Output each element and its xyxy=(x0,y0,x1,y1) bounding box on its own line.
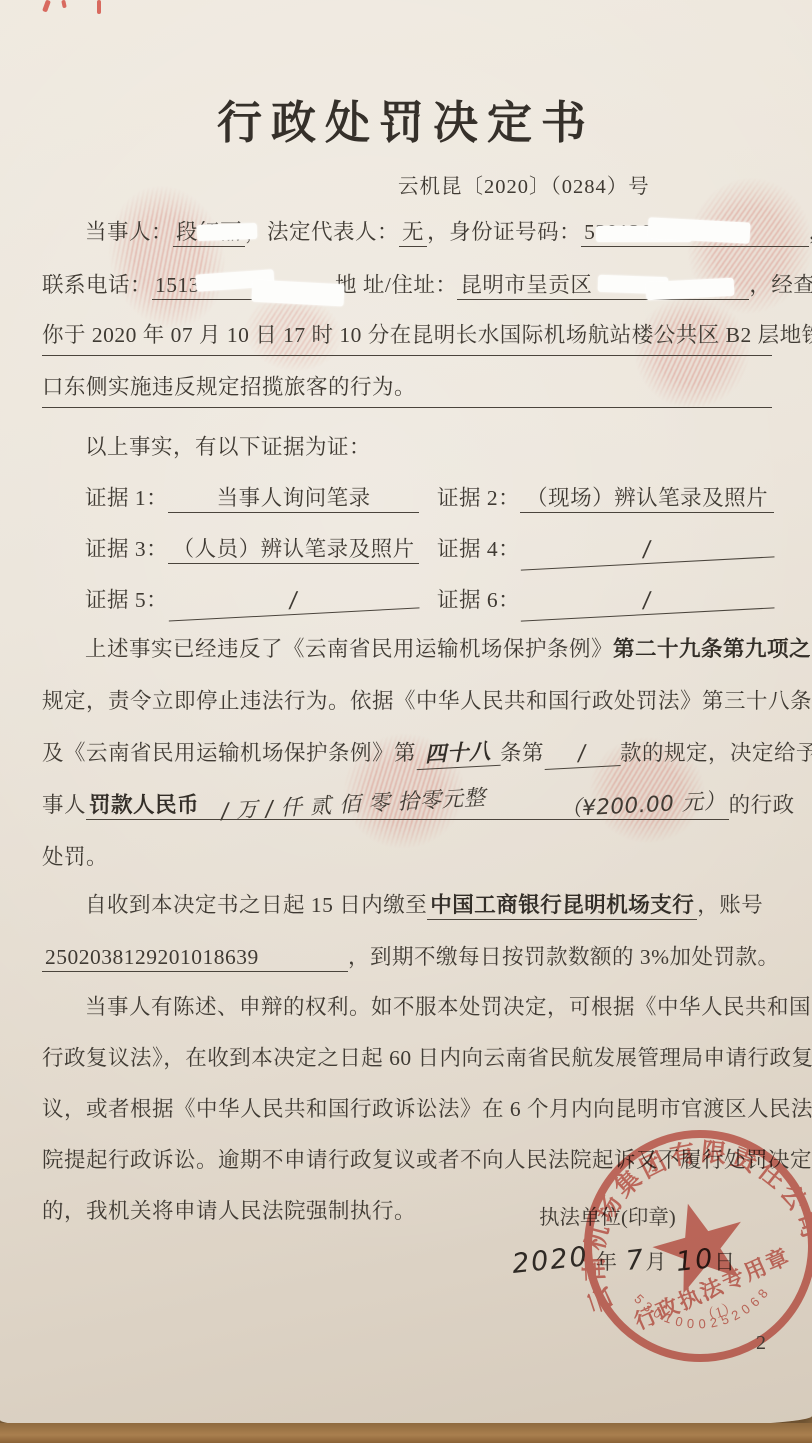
evidence-1-value: 当事人询问笔录 xyxy=(168,487,419,513)
evidence-2-label: 证据 2： xyxy=(437,481,520,512)
evidence-1-label: 证据 1： xyxy=(85,481,168,512)
article-48-fill: 四十八 xyxy=(415,740,500,770)
desk-surface xyxy=(0,1423,812,1443)
appeal-line1: 当事人有陈述、申辩的权利。如不服本处罚决定，可根据《中华人民共和国 xyxy=(85,990,811,1021)
violated-article: 第二十九条第九项之 xyxy=(613,637,811,661)
payment-line1: 自收到本决定书之日起 15 日内缴至中国工商银行昆明机场支行，账号 xyxy=(85,888,763,920)
phone-label: 联系电话： xyxy=(42,273,152,297)
evidence-intro: 以上事实，有以下证据为证： xyxy=(85,430,371,461)
appeal-line5: 的，我机关将申请人民法院强制执行。 xyxy=(42,1194,416,1225)
official-red-seal: 云南机场集团有限责任公司 行政执法专用章 （1） 5301000252068 xyxy=(574,1120,812,1372)
evidence-4-label: 证据 4： xyxy=(437,532,520,563)
redaction-phone xyxy=(251,280,344,307)
page-number: 2 xyxy=(756,1332,766,1355)
facts-line2: 口东侧实施违反规定招揽旅客的行为。 xyxy=(42,370,772,408)
fine-amount-numeric: （¥200.00 元） xyxy=(559,790,726,822)
appeal-line3: 议，或者根据《中华人民共和国行政诉讼法》在 6 个月内向昆明市官渡区人民法 xyxy=(42,1092,812,1123)
evidence-5-label: 证据 5： xyxy=(85,583,168,614)
fine-amount-capital: / 万 / 仟 贰 佰 零 拾零元整 xyxy=(199,787,487,826)
evidence-6-label: 证据 6： xyxy=(437,583,520,614)
document-number: 云机昆〔2020〕（0284）号 xyxy=(398,169,650,199)
clause-fill: / xyxy=(543,740,620,770)
ruling-line5: 处罚。 xyxy=(42,840,108,871)
ruling-line1: 上述事实已经违反了《云南省民用运输机场保护条例》第二十九条第九项之 xyxy=(85,632,811,663)
redaction-name xyxy=(197,223,258,241)
appeal-line2: 行政复议法》，在收到本决定之日起 60 日内向云南省民航发展管理局申请行政复 xyxy=(42,1041,812,1072)
ruling-line3: 及《云南省民用运输机场保护条例》第四十八条第/款的规定，决定给予当 xyxy=(42,736,812,768)
evidence-row: 证据 3：（人员）辨认笔录及照片 证据 4：/ xyxy=(85,532,774,564)
evidence-3-label: 证据 3： xyxy=(85,532,168,563)
legal-rep-value: 无 xyxy=(399,221,427,247)
red-pen-mark xyxy=(97,0,101,14)
payment-line2: 2502038129201018639，到期不缴每日按罚款数额的 3%加处罚款。 xyxy=(42,940,780,972)
fine-label: 罚款人民币 xyxy=(89,793,199,817)
evidence-row: 证据 5：/ 证据 6：/ xyxy=(85,583,774,615)
ruling-line2: 规定，责令立即停止违法行为。依据《中华人民共和国行政处罚法》第三十八条 xyxy=(42,684,812,715)
facts-line1: 你于 2020 年 07 月 10 日 17 时 10 分在昆明长水国际机场航站… xyxy=(42,318,772,356)
evidence-2-value: （现场）辨认笔录及照片 xyxy=(520,487,774,513)
evidence-3-value: （人员）辨认笔录及照片 xyxy=(168,538,419,564)
fine-amount-underline: 罚款人民币 / 万 / 仟 贰 佰 零 拾零元整（¥200.00 元） xyxy=(86,794,729,820)
bank-name: 中国工商银行昆明机场支行 xyxy=(427,894,697,920)
document-title: 行政处罚决定书 xyxy=(0,86,812,151)
account-number: 2502038129201018639 xyxy=(42,946,348,972)
party-label: 当事人： xyxy=(85,220,173,244)
scanned-penalty-decision-document: 行政处罚决定书 云机昆〔2020〕（0284）号 当事人：段红丽，法定代表人：无… xyxy=(0,0,812,1443)
ruling-line4: 事人罚款人民币 / 万 / 仟 贰 佰 零 拾零元整（¥200.00 元）的行政 xyxy=(42,788,795,820)
evidence-row: 证据 1：当事人询问笔录 证据 2：（现场）辨认笔录及照片 xyxy=(85,481,774,513)
